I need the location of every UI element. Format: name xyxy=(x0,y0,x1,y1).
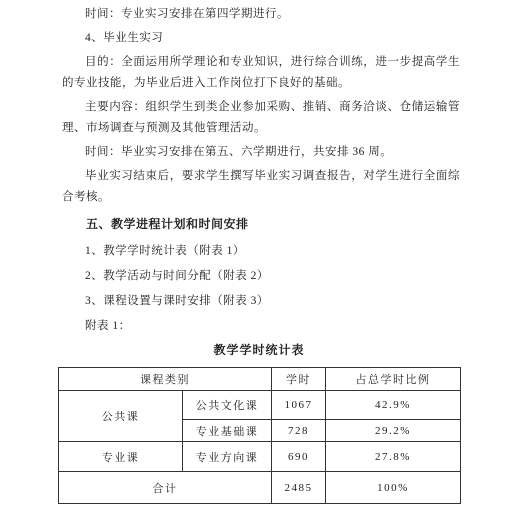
cell-total-label: 合计 xyxy=(59,472,272,504)
table-header-row: 课程类别 学时 占总学时比例 xyxy=(59,368,461,391)
paragraph: 时间：专业实习安排在第四学期进行。 xyxy=(62,4,460,25)
paragraph: 毕业实习结束后，要求学生撰写毕业实习调查报告，对学生进行全面综合考核。 xyxy=(62,166,460,208)
cell-subcategory: 专业基础课 xyxy=(183,420,272,442)
header-cell-ratio: 占总学时比例 xyxy=(326,368,461,391)
paragraph: 目的：全面运用所学理论和专业知识，进行综合训练，进一步提高学生的专业技能，为毕业… xyxy=(62,52,460,94)
cell-subcategory: 专业方向课 xyxy=(183,442,272,472)
paragraph: 主要内容：组织学生到类企业参加采购、推销、商务洽谈、仓储运输管理、市场调查与预测… xyxy=(62,97,460,139)
cell-hours: 1067 xyxy=(272,391,326,420)
paragraph: 4、毕业生实习 xyxy=(62,28,460,49)
section-heading: 五、教学进程计划和时间安排 xyxy=(62,214,460,235)
cell-ratio: 29.2% xyxy=(326,420,461,442)
cell-total-hours: 2485 xyxy=(272,472,326,504)
table-row: 公共课 公共文化课 1067 42.9% xyxy=(59,391,461,420)
cell-subcategory: 公共文化课 xyxy=(183,391,272,420)
list-item: 1、教学学时统计表（附表 1） xyxy=(85,241,460,262)
paragraph: 时间：毕业实习安排在第五、六学期进行，共安排 36 周。 xyxy=(62,142,460,163)
cell-hours: 728 xyxy=(272,420,326,442)
header-cell-hours: 学时 xyxy=(272,368,326,391)
table-total-row: 合计 2485 100% xyxy=(59,472,461,504)
cell-category-public: 公共课 xyxy=(59,391,183,442)
attachment-label: 附表 1： xyxy=(85,316,460,337)
cell-total-ratio: 100% xyxy=(326,472,461,504)
teaching-hours-table: 课程类别 学时 占总学时比例 公共课 公共文化课 1067 42.9% 专业基础… xyxy=(58,367,461,504)
cell-ratio: 27.8% xyxy=(326,442,461,472)
cell-category-major: 专业课 xyxy=(59,442,183,472)
list-item: 3、课程设置与课时安排（附表 3） xyxy=(85,291,460,312)
header-cell-category: 课程类别 xyxy=(59,368,272,391)
table-title: 教学学时统计表 xyxy=(58,340,460,361)
cell-ratio: 42.9% xyxy=(326,391,461,420)
cell-hours: 690 xyxy=(272,442,326,472)
document-page: 时间：专业实习安排在第四学期进行。 4、毕业生实习 目的：全面运用所学理论和专业… xyxy=(0,0,522,515)
list-item: 2、教学活动与时间分配（附表 2） xyxy=(85,266,460,287)
table-row: 专业课 专业方向课 690 27.8% xyxy=(59,442,461,472)
